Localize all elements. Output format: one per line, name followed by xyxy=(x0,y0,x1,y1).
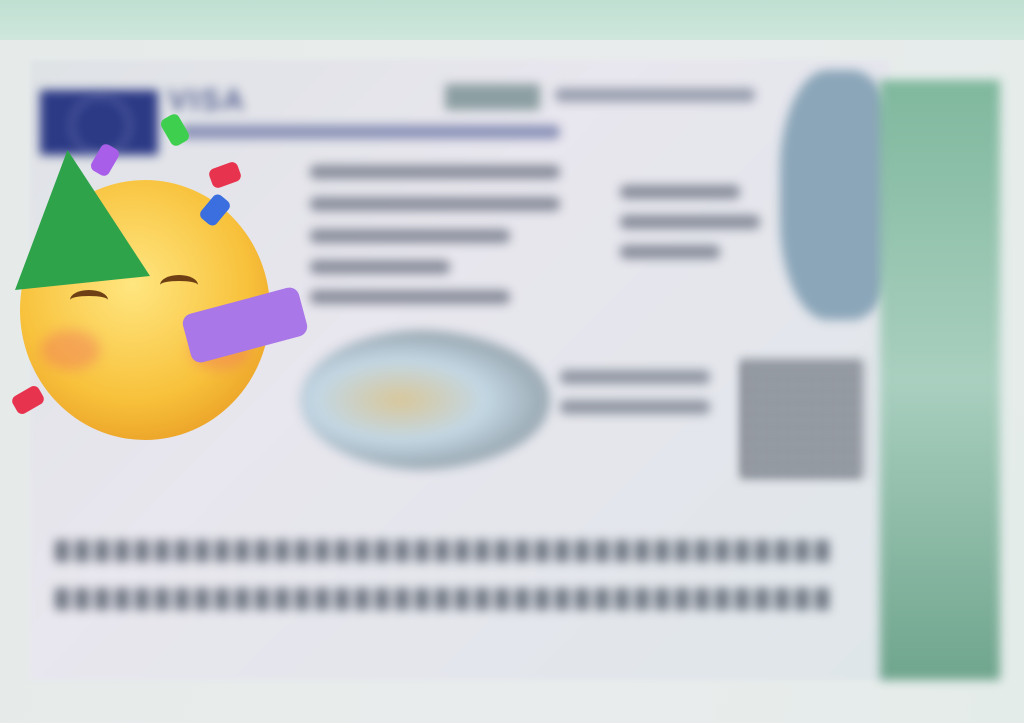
mrz-line-1 xyxy=(55,540,830,562)
field-line xyxy=(310,197,560,211)
field-line xyxy=(310,290,510,304)
eye xyxy=(160,275,198,295)
hologram xyxy=(300,330,550,470)
mrz-line-2 xyxy=(55,588,830,610)
field-line xyxy=(310,165,560,179)
eye xyxy=(70,290,108,310)
qr-code-pattern xyxy=(742,360,864,478)
field-line xyxy=(560,400,710,414)
document-title: VISA xyxy=(168,84,246,118)
field-line xyxy=(310,229,510,243)
field-line xyxy=(310,260,450,274)
field-line xyxy=(620,215,760,229)
number-box xyxy=(445,84,540,110)
field-line xyxy=(560,370,710,384)
subtitle-line xyxy=(180,125,560,139)
serial-number xyxy=(555,88,755,102)
field-line xyxy=(620,245,720,259)
cheek xyxy=(40,330,100,370)
passport-side-pattern xyxy=(880,80,1000,680)
field-line xyxy=(620,185,740,199)
